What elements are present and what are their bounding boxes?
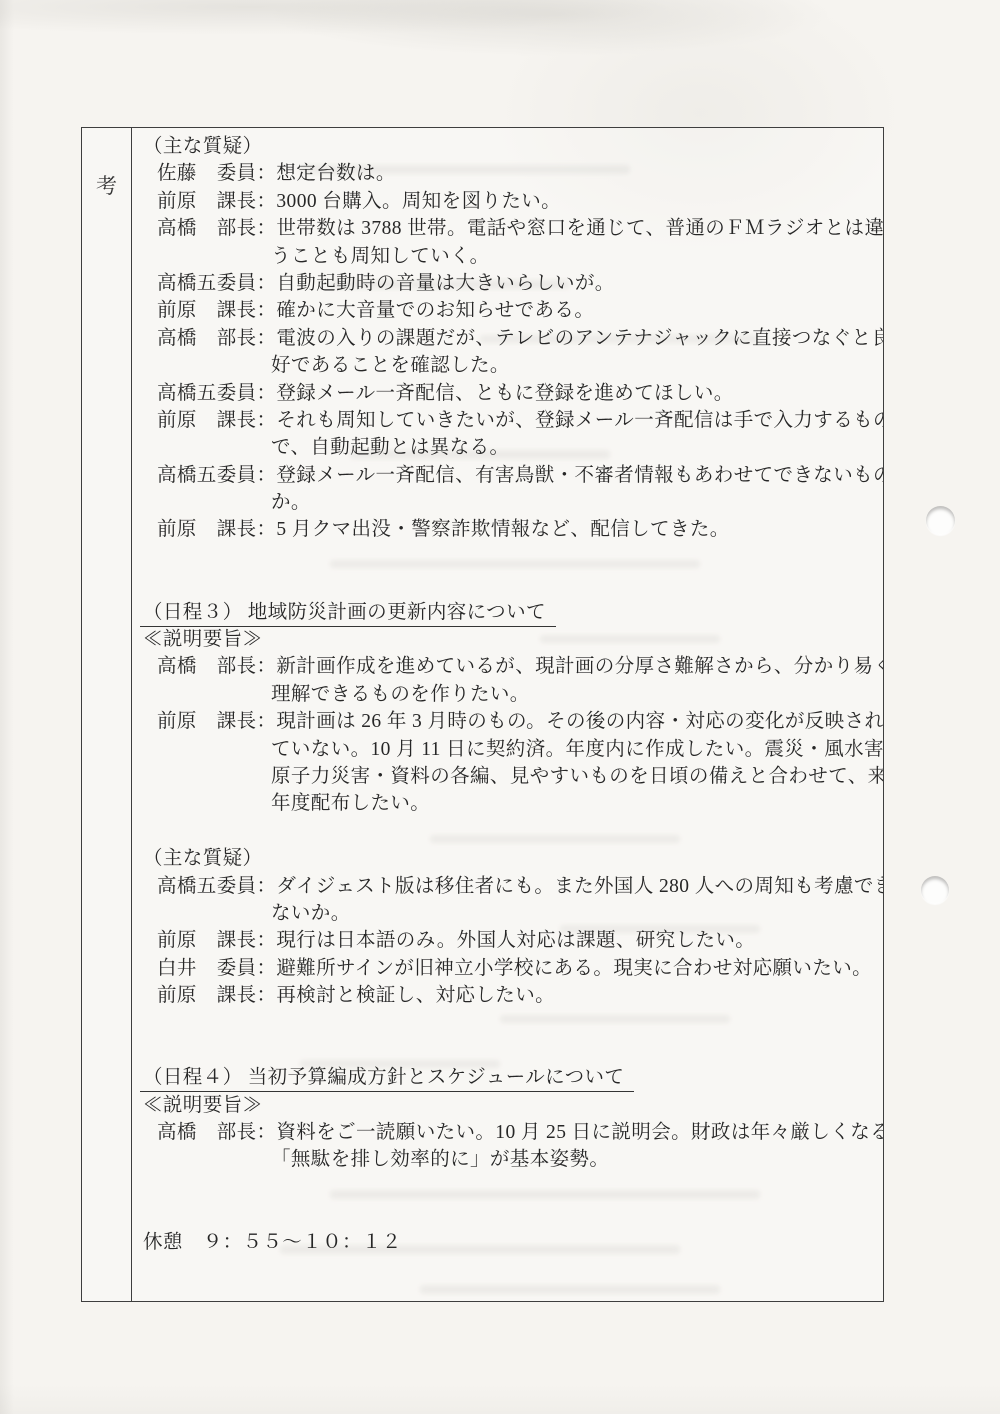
text-line: か。 bbox=[132, 489, 883, 516]
text-line: うことも周知していく。 bbox=[132, 243, 883, 270]
text-line: ていない。10 月 11 日に契約済。年度内に作成したい。震災・風水害・ bbox=[132, 736, 883, 763]
section-heading: （日程３） 地域防災計画の更新内容について bbox=[132, 599, 883, 626]
text-line: 前原 課長：再検討と検証し、対応したい。 bbox=[132, 982, 883, 1009]
text-line: 前原 課長：確かに大音量でのお知らせである。 bbox=[132, 297, 883, 324]
margin-column: 考 bbox=[82, 128, 132, 1301]
text-line: で、自動起動とは異なる。 bbox=[132, 434, 883, 461]
text-line: 前原 課長：それも周知していきたいが、登録メール一斉配信は手で入力するもの bbox=[132, 407, 883, 434]
margin-label: 考 bbox=[82, 170, 131, 200]
text-line: 「無駄を排し効率的に」が基本姿勢。 bbox=[132, 1146, 883, 1173]
blank-line bbox=[132, 571, 883, 598]
text-line: 高橋五委員：登録メール一斉配信、ともに登録を進めてほしい。 bbox=[132, 380, 883, 407]
text-line: 高橋 部長：電波の入りの課題だが、テレビのアンテナジャックに直接つなぐと良 bbox=[132, 325, 883, 352]
text-line: ≪説明要旨≫ bbox=[132, 1092, 883, 1119]
text-line: 高橋 部長：新計画作成を進めているが、現計画の分厚さ難解さから、分かり易く bbox=[132, 653, 883, 680]
text-line: 高橋 部長：世帯数は 3788 世帯。電話や窓口を通じて、普通のＦＭラジオとは違 bbox=[132, 215, 883, 242]
text-line: 年度配布したい。 bbox=[132, 790, 883, 817]
text-line: ≪説明要旨≫ bbox=[132, 626, 883, 653]
text-line: 前原 課長：現計画は 26 年 3 月時のもの。その後の内容・対応の変化が反映さ… bbox=[132, 708, 883, 735]
text-line: ないか。 bbox=[132, 900, 883, 927]
minutes-lines: （主な質疑）佐藤 委員：想定台数は。前原 課長：3000 台購入。周知を図りたい… bbox=[132, 128, 883, 1301]
scanned-minutes-page: 考 （主な質疑）佐藤 委員：想定台数は。前原 課長：3000 台購入。周知を図り… bbox=[0, 0, 1000, 1414]
text-line: 好であることを確認した。 bbox=[132, 352, 883, 379]
text-line: 原子力災害・資料の各編、見やすいものを日頃の備えと合わせて、来 bbox=[132, 763, 883, 790]
blank-line bbox=[132, 818, 883, 845]
punch-hole bbox=[921, 876, 949, 904]
text-line: 高橋 部長：資料をご一読願いたい。10 月 25 日に説明会。財政は年々厳しくな… bbox=[132, 1119, 883, 1146]
text-line: 前原 課長：現行は日本語のみ。外国人対応は課題、研究したい。 bbox=[132, 927, 883, 954]
text-line: 休憩 ９：５５～１０：１２ bbox=[132, 1229, 883, 1256]
text-line: 高橋五委員：登録メール一斉配信、有害鳥獣・不審者情報もあわせてできないもの bbox=[132, 462, 883, 489]
text-line: 佐藤 委員：想定台数は。 bbox=[132, 160, 883, 187]
text-line: 前原 課長：5 月クマ出没・警察詐欺情報など、配信してきた。 bbox=[132, 516, 883, 543]
blank-line bbox=[132, 1174, 883, 1201]
text-line: 前原 課長：3000 台購入。周知を図りたい。 bbox=[132, 188, 883, 215]
blank-line bbox=[132, 1037, 883, 1064]
punch-hole bbox=[926, 506, 955, 535]
blank-line bbox=[132, 1010, 883, 1037]
blank-line bbox=[132, 544, 883, 571]
text-line: 理解できるものを作りたい。 bbox=[132, 681, 883, 708]
text-line: （主な質疑） bbox=[132, 133, 883, 160]
blank-line bbox=[132, 1201, 883, 1228]
text-line: （主な質疑） bbox=[132, 845, 883, 872]
text-line: 高橋五委員：自動起動時の音量は大きいらしいが。 bbox=[132, 270, 883, 297]
minutes-table: 考 （主な質疑）佐藤 委員：想定台数は。前原 課長：3000 台購入。周知を図り… bbox=[81, 127, 884, 1302]
section-heading: （日程４） 当初予算編成方針とスケジュールについて bbox=[132, 1064, 883, 1091]
text-line: 白井 委員：避難所サインが旧神立小学校にある。現実に合わせ対応願いたい。 bbox=[132, 955, 883, 982]
text-line: 高橋五委員：ダイジェスト版は移住者にも。また外国人 280 人への周知も考慮でき bbox=[132, 873, 883, 900]
